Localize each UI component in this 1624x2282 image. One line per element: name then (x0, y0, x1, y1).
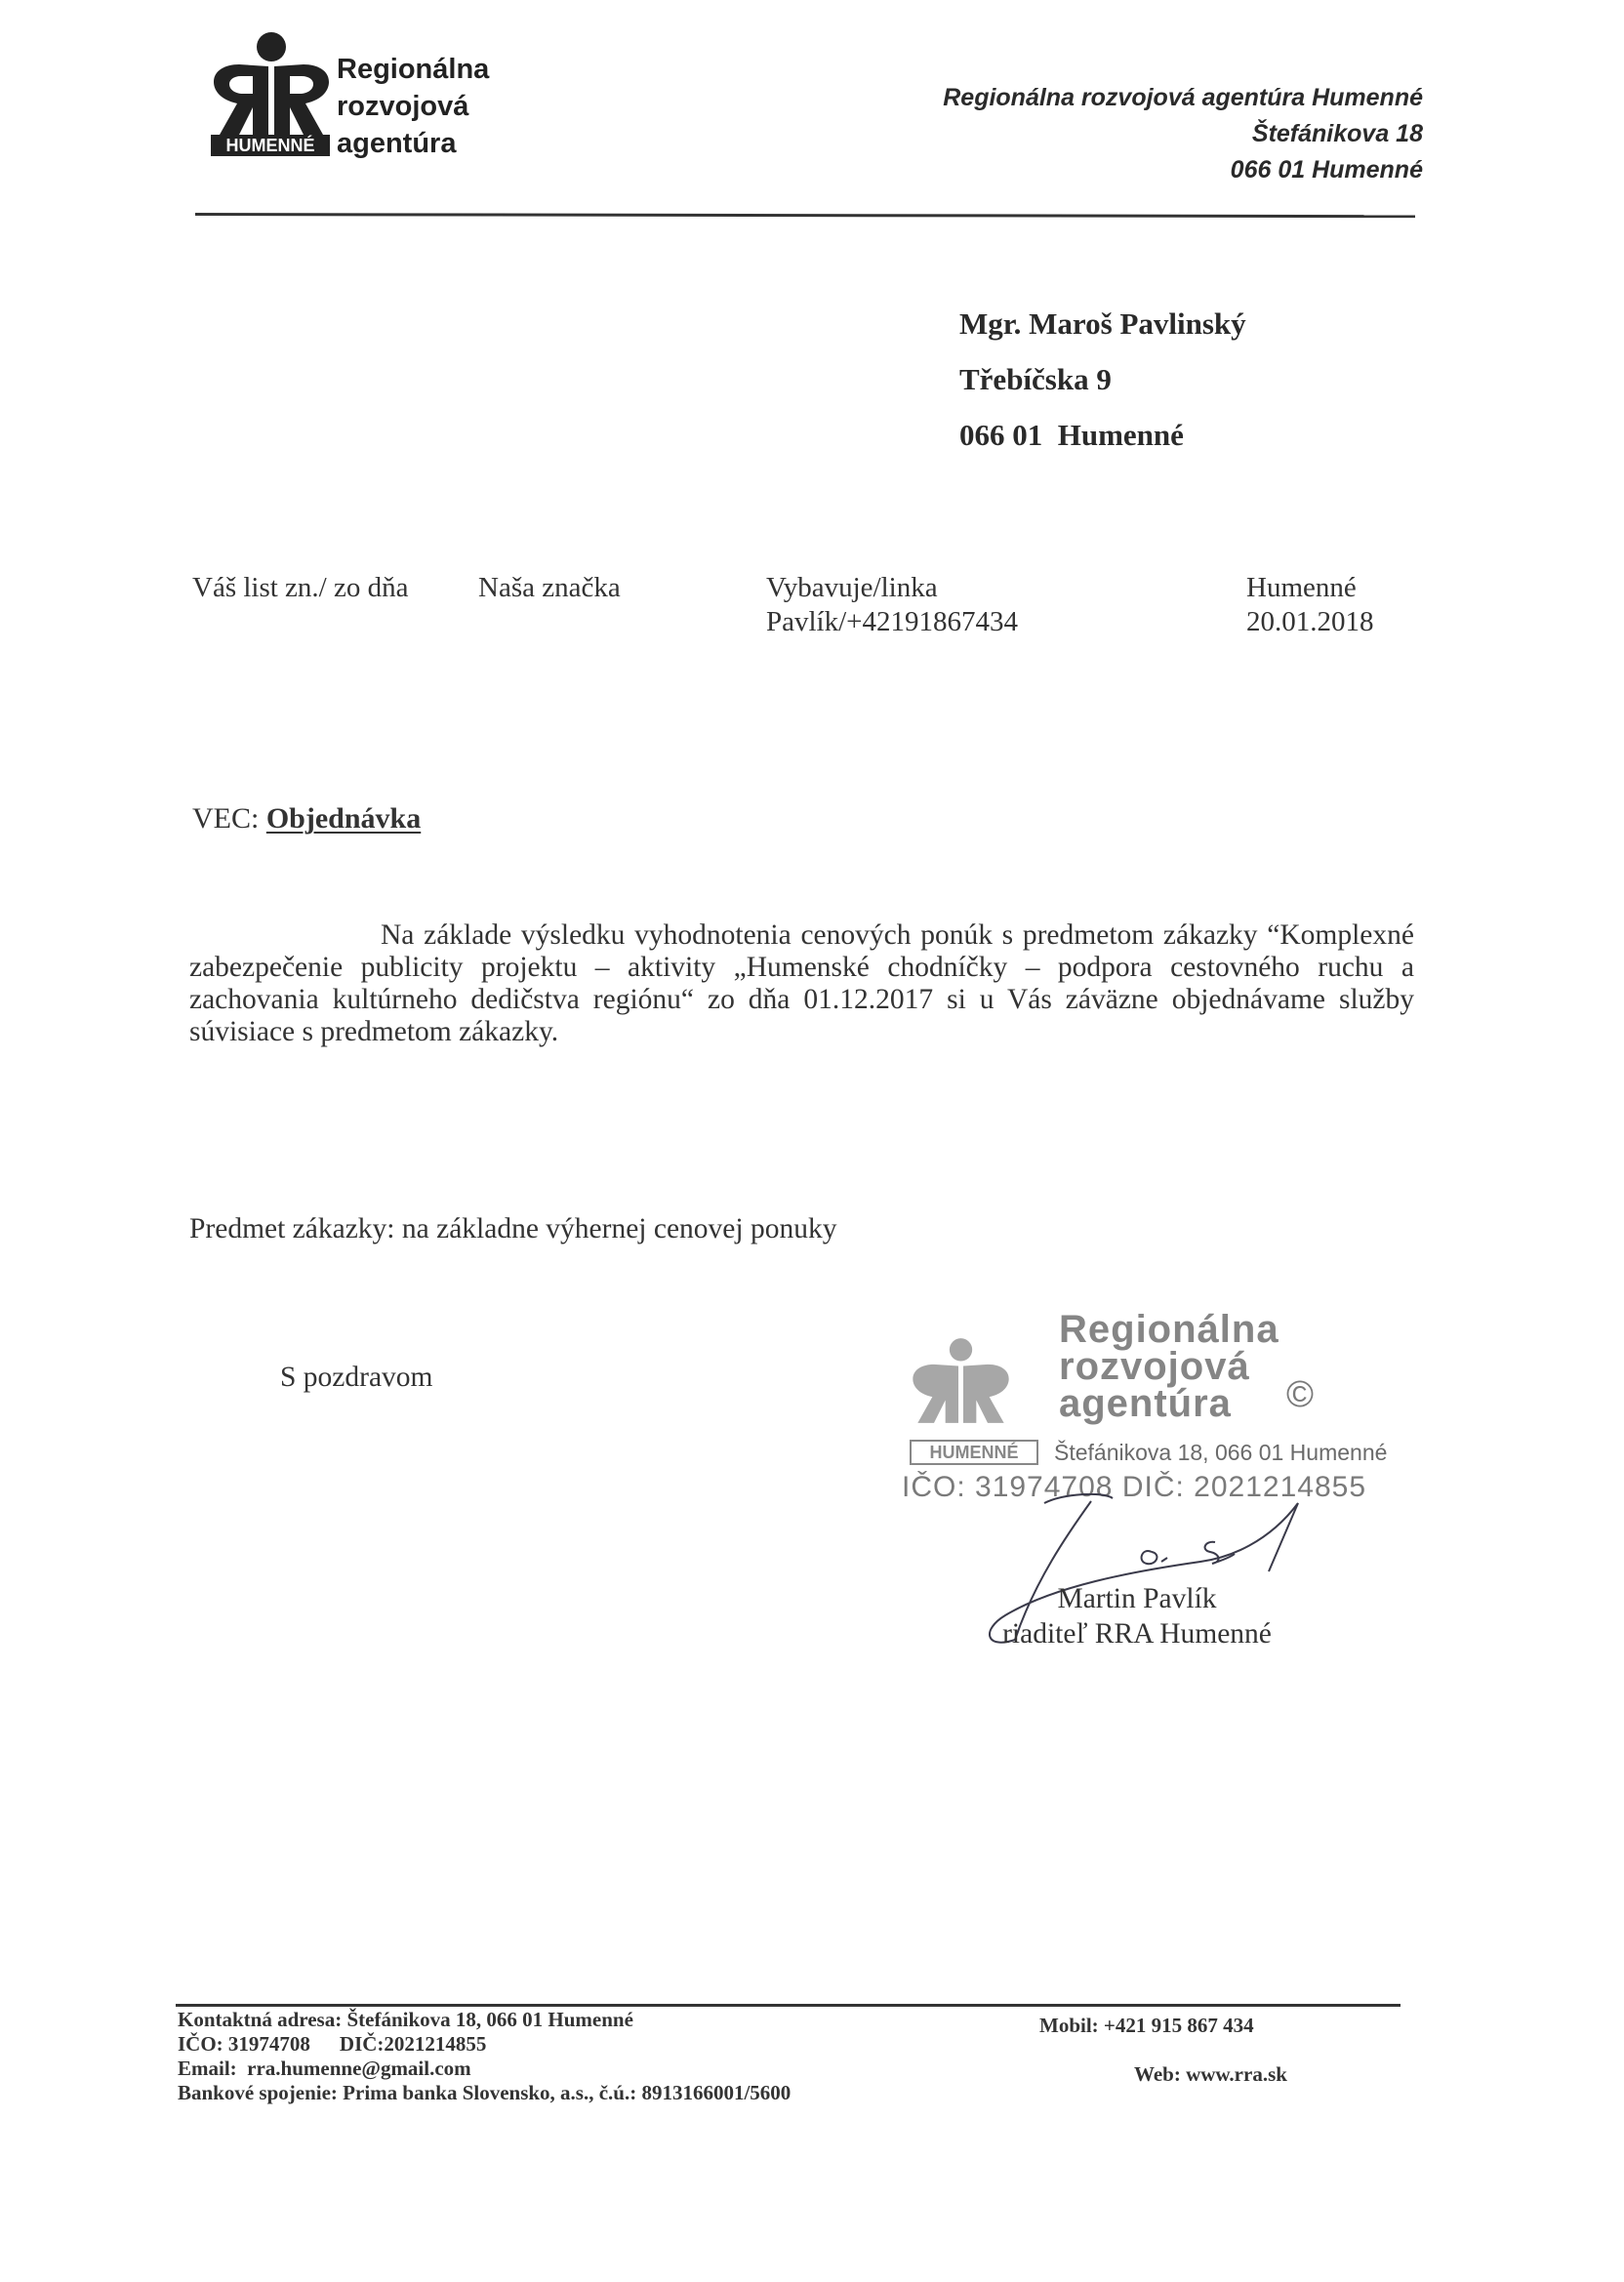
recipient-street: Třebíčska 9 (959, 351, 1246, 407)
footer-ids: IČO: 31974708DIČ:2021214855 (178, 2032, 791, 2057)
footer-address: Kontaktná adresa: Štefánikova 18, 066 01… (178, 2008, 791, 2032)
greeting: S pozdravom (280, 1362, 433, 1394)
logo-line: agentúra (337, 125, 489, 162)
signer-title: riaditeľ RRA Humenné (976, 1616, 1298, 1651)
org-header: Regionálna rozvojová agentúra Humenné Št… (943, 80, 1423, 188)
copyright-icon: © (1286, 1374, 1314, 1416)
our-ref-label: Naša značka (478, 571, 621, 605)
footer-ico: IČO: 31974708 (178, 2032, 310, 2056)
recipient-address: Mgr. Maroš Pavlinský Třebíčska 9 066 01 … (959, 296, 1246, 463)
handled-by-value: Pavlík/+42191867434 (766, 605, 1018, 639)
logo-wordmark: Regionálna rozvojová agentúra (337, 51, 489, 162)
order-subject: Predmet zákazky: na základne výhernej ce… (189, 1213, 836, 1245)
footer-dic: DIČ:2021214855 (340, 2032, 487, 2056)
logo-line: Regionálna (337, 51, 489, 88)
subject-label: VEC: (192, 802, 259, 835)
stamp-address: Štefánikova 18, 066 01 Humenné (1054, 1440, 1387, 1466)
recipient-name: Mgr. Maroš Pavlinský (959, 296, 1246, 351)
body-text: Na základe výsledku vyhodnotenia cenovýc… (189, 919, 1414, 1047)
handled-by: Vybavuje/linka Pavlík/+42191867434 (766, 571, 1018, 639)
footer-contact: Kontaktná adresa: Štefánikova 18, 066 01… (178, 2008, 791, 2105)
place: Humenné (1246, 571, 1374, 605)
stamp-name: Regionálna rozvojová agentúra (1059, 1311, 1279, 1422)
handled-by-label: Vybavuje/linka (766, 571, 1018, 605)
stamp-name-line: rozvojová (1059, 1348, 1279, 1385)
subject-line: VEC: Objednávka (192, 802, 421, 835)
stamp-name-line: agentúra (1059, 1385, 1279, 1422)
date: 20.01.2018 (1246, 605, 1374, 639)
logo-line: rozvojová (337, 88, 489, 125)
signer-name: Martin Pavlík (976, 1581, 1298, 1616)
place-date: Humenné 20.01.2018 (1246, 571, 1374, 639)
footer-mobile: Mobil: +421 915 867 434 (1039, 2014, 1254, 2038)
footer-bank: Bankové spojenie: Prima banka Slovensko,… (178, 2081, 791, 2105)
signer-block: Martin Pavlík riaditeľ RRA Humenné (976, 1581, 1298, 1651)
footer-email: Email: rra.humenne@gmail.com (178, 2057, 791, 2081)
header-divider (195, 213, 1415, 218)
footer-web: Web: www.rra.sk (1134, 2062, 1287, 2087)
body-paragraph: Na základe výsledku vyhodnotenia cenovýc… (189, 919, 1414, 1048)
org-street: Štefánikova 18 (943, 116, 1423, 152)
subject-value: Objednávka (266, 802, 421, 835)
stamp-badge: HUMENNÉ (910, 1440, 1038, 1465)
org-name: Regionálna rozvojová agentúra Humenné (943, 80, 1423, 116)
your-letter-label: Váš list zn./ zo dňa (192, 571, 408, 605)
stamp-name-line: Regionálna (1059, 1311, 1279, 1348)
footer-divider (176, 2004, 1401, 2007)
logo-badge: HUMENNÉ (211, 135, 330, 156)
org-city: 066 01 Humenné (943, 152, 1423, 188)
recipient-city: 066 01 Humenné (959, 407, 1246, 463)
